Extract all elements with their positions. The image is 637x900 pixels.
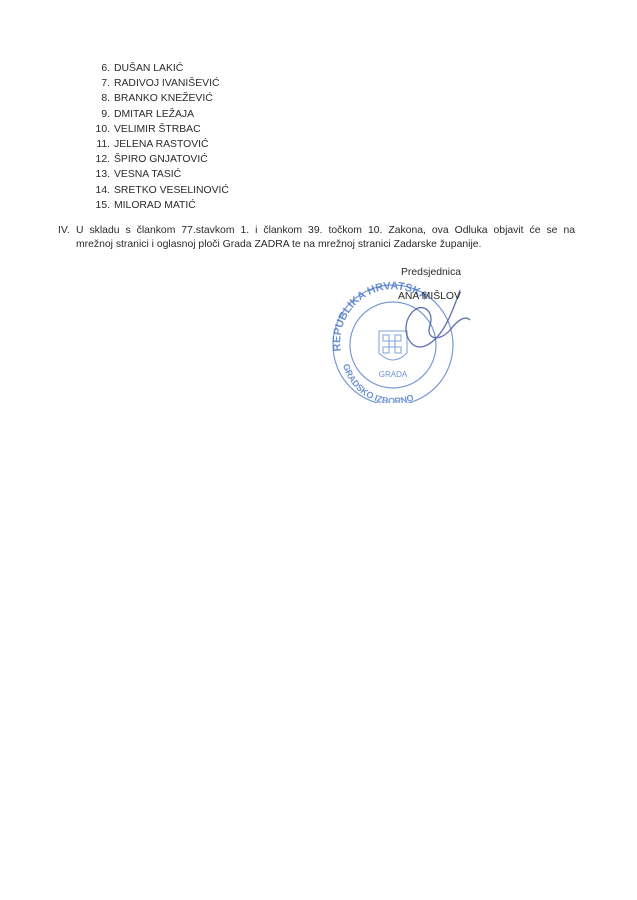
list-item-number: 14. (96, 183, 110, 198)
signatory-name: ANA MIŠLOV (398, 291, 461, 302)
list-item-number: 15. (96, 198, 110, 213)
paragraph-line-2: mrežnoj stranici i oglasnoj ploči Grada … (58, 238, 575, 252)
signatory-title: Predsjednica (401, 267, 461, 278)
svg-text:GRADA: GRADA (379, 370, 408, 379)
list-item-number: 8. (101, 91, 110, 106)
list-item-name: VESNA TASIĆ (114, 167, 181, 182)
list-item-name: SRETKO VESELINOVIĆ (114, 183, 229, 198)
list-item-name: JELENA RASTOVIĆ (114, 137, 209, 152)
list-item-number: 12. (96, 152, 110, 167)
list-item-name: BRANKO KNEŽEVIĆ (114, 91, 213, 106)
list-item-name: DUŠAN LAKIĆ (114, 61, 183, 76)
list-item-name: ŠPIRO GNJATOVIĆ (114, 152, 208, 167)
article-iv-paragraph: IV. U skladu s člankom 77.stavkom 1. i č… (58, 224, 575, 253)
list-item-number: 13. (96, 167, 110, 182)
list-item-name: VELIMIR ŠTRBAC (114, 122, 201, 137)
article-label: IV. (58, 224, 76, 238)
list-item-name: MILORAD MATIĆ (114, 198, 196, 213)
svg-text:GRADSKO IZBORNO: GRADSKO IZBORNO (341, 363, 415, 403)
list-item-number: 10. (96, 122, 110, 137)
list-item-number: 6. (101, 61, 110, 76)
list-item-number: 7. (101, 76, 110, 91)
list-item-name: DMITAR LEŽAJA (114, 107, 194, 122)
list-item-number: 11. (96, 137, 110, 152)
list-item-number: 9. (101, 107, 110, 122)
paragraph-line-1: U skladu s člankom 77.stavkom 1. i člank… (76, 224, 575, 238)
list-item-name: RADIVOJ IVANIŠEVIĆ (114, 76, 219, 91)
